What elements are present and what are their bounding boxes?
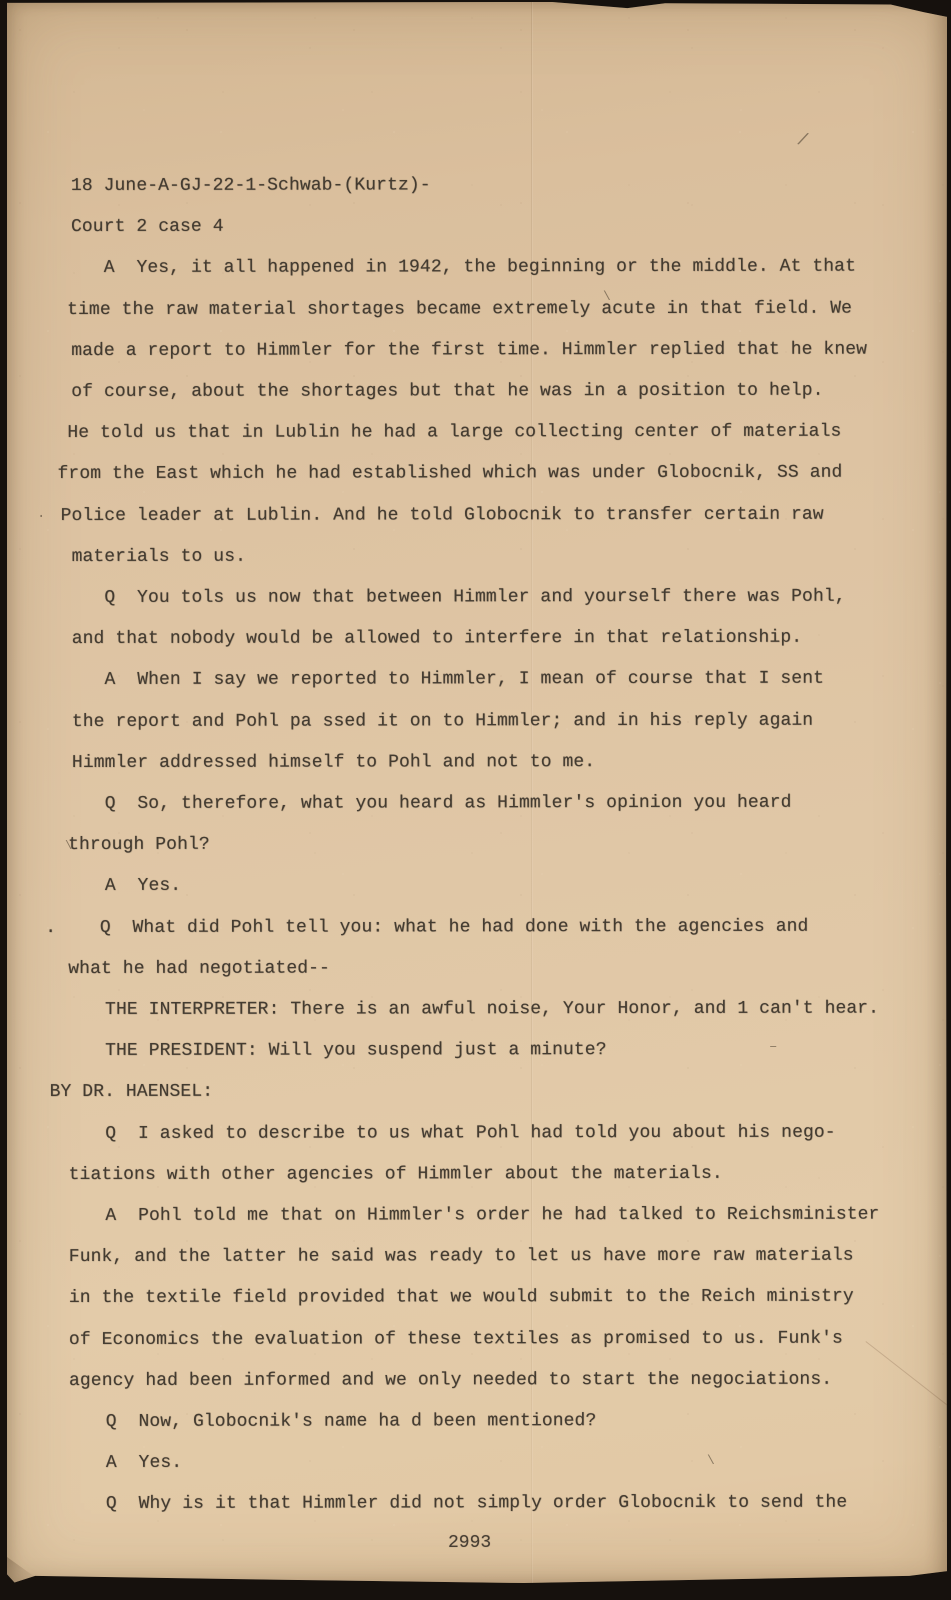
transcript-line: THE PRESIDENT: Will you suspend just a m… <box>62 1040 607 1061</box>
transcript-line: from the East which he had established w… <box>57 463 842 484</box>
transcript-line: A Pohl told me that on Himmler's order h… <box>62 1205 880 1226</box>
transcript-line: what he had negotiated-- <box>57 958 330 978</box>
transcript-line: THE INTERPRETER: There is an awful noise… <box>61 999 879 1020</box>
paper-sheet: / \ · \ – \ 18 June-A-GJ-22-1-Schwab-(Ku… <box>7 1 947 1587</box>
transcript-line: Q You tols us now that between Himmler a… <box>61 587 846 608</box>
transcript-line: A When I say we reported to Himmler, I m… <box>61 669 824 690</box>
transcript-line: Court 2 case 4 <box>60 217 224 237</box>
transcript-line: agency had been informed and we only nee… <box>58 1369 832 1390</box>
transcript-line: Q Now, Globocnik's name ha d been mentio… <box>62 1411 596 1432</box>
transcript-line: A Yes. <box>61 876 181 896</box>
transcript-line: Himmler addressed himself to Pohl and no… <box>61 752 595 773</box>
transcript-line: Police leader at Lublin. And he told Glo… <box>61 504 824 525</box>
transcript-line: A Yes, it all happened in 1942, the begi… <box>60 257 856 278</box>
transcript-line: time the raw material shortages became e… <box>56 298 852 319</box>
scanned-transcript-page: / \ · \ – \ 18 June-A-GJ-22-1-Schwab-(Ku… <box>0 0 951 1600</box>
transcript-line: Funk, and the latter he said was ready t… <box>58 1246 854 1267</box>
transcript-line: of course, about the shortages but that … <box>60 381 823 402</box>
transcript-line: the report and Pohl pa ssed it on to Him… <box>61 710 813 731</box>
transcript-line: Q Why is it that Himmler did not simply … <box>62 1493 847 1514</box>
transcript-line: Q I asked to describe to us what Pohl ha… <box>62 1122 836 1143</box>
transcript-line: materials to us. <box>61 547 246 567</box>
transcript-line: tiations with other agencies of Himmler … <box>58 1164 723 1185</box>
transcript-line: 18 June-A-GJ-22-1-Schwab-(Kurtz)- <box>60 175 431 196</box>
transcript-line: . Q What did Pohl tell you: what he had … <box>45 916 808 937</box>
transcript-line: Q So, therefore, what you heard as Himml… <box>61 793 791 814</box>
transcript-line: and that nobody would be allowed to inte… <box>61 628 802 649</box>
transcript-lines: 18 June-A-GJ-22-1-Schwab-(Kurtz)- Court … <box>7 0 950 1587</box>
page-number: 2993 <box>448 1533 491 1553</box>
transcript-line: He told us that in Lublin he had a large… <box>56 422 841 443</box>
transcript-line: A Yes. <box>62 1453 182 1473</box>
transcript-line: through Pohl? <box>57 835 210 855</box>
transcript-line: BY DR. HAENSEL: <box>50 1082 214 1102</box>
transcript-line: made a report to Himmler for the first t… <box>60 339 867 360</box>
transcript-line: of Economics the evaluation of these tex… <box>58 1328 843 1349</box>
transcript-line: in the textile field provided that we wo… <box>58 1287 854 1308</box>
